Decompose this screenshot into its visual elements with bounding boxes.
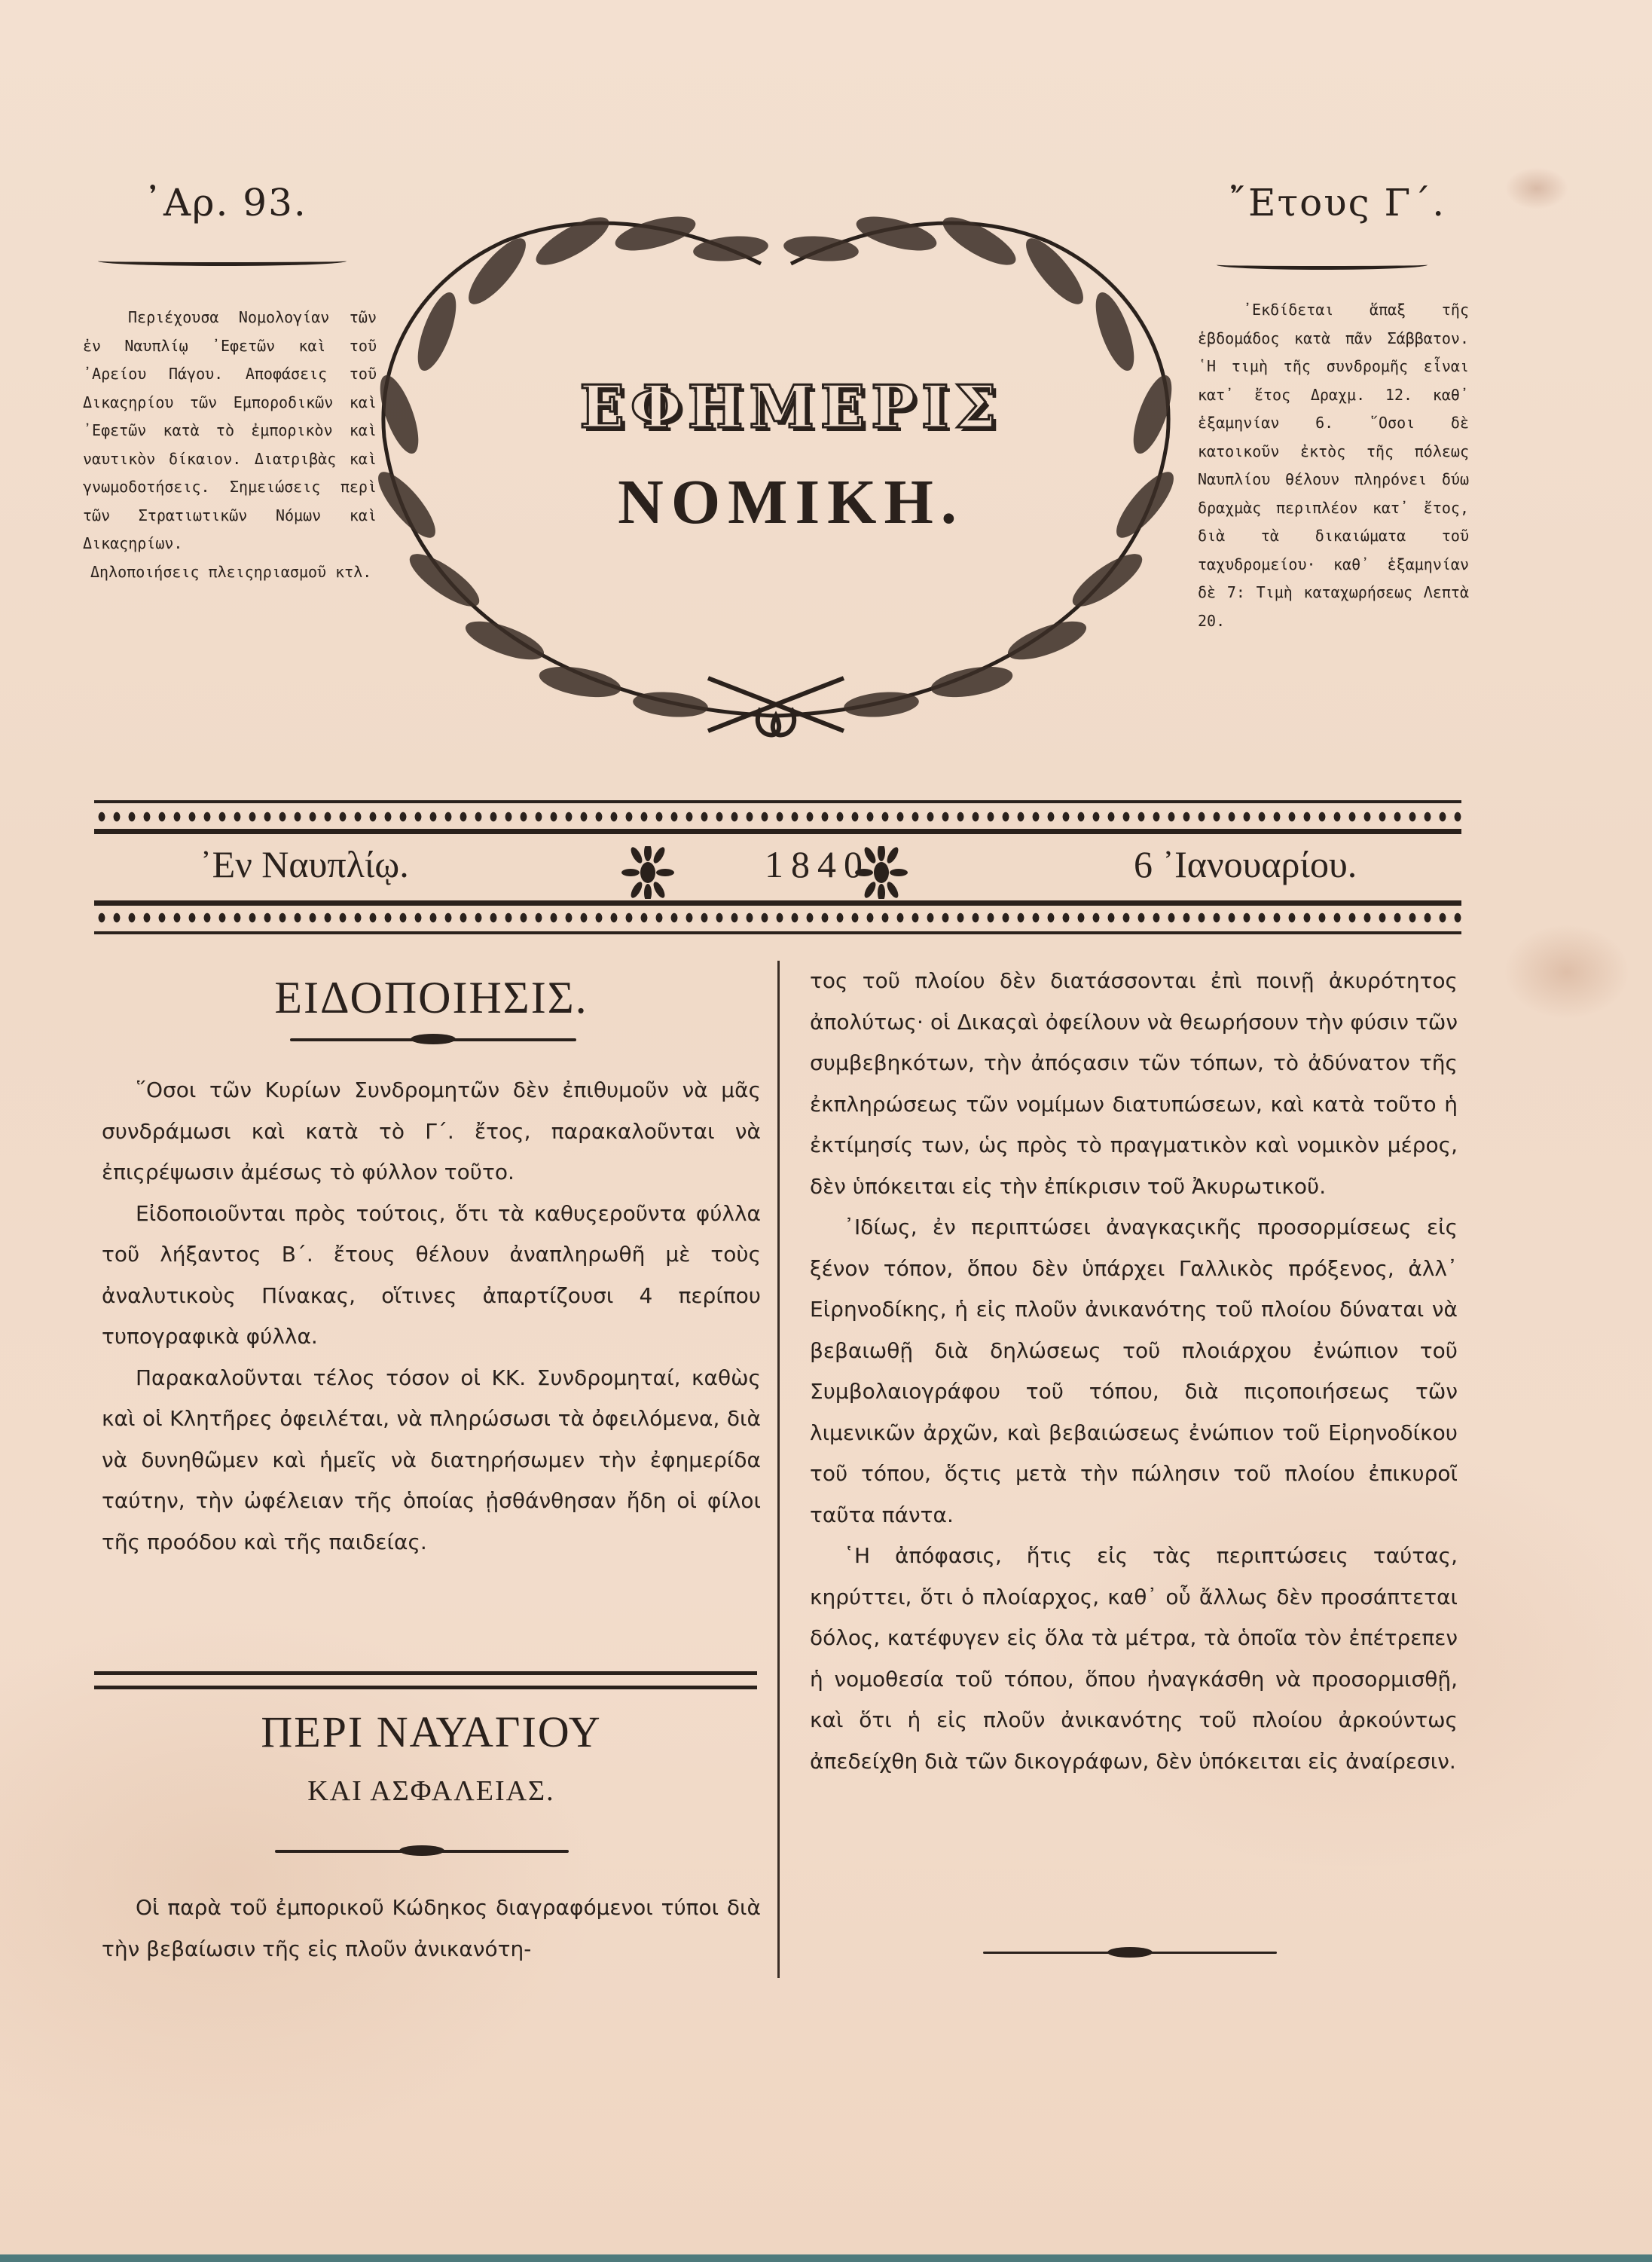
top-thick-rule	[94, 829, 1461, 834]
ornamental-rule	[290, 1038, 576, 1041]
ornamental-rule	[983, 1952, 1277, 1954]
article-heading-line-2: ΚΑΙ ΑΣΦΑΛΕΙΑΣ.	[102, 1774, 761, 1808]
dateline: ᾿Εν Ναυπλίῳ. 1840 6 ᾿Ιανουαρίου.	[94, 842, 1461, 903]
bead-border-top	[94, 809, 1461, 825]
newspaper-page: ᾿Αρ. 93. ῎Ετους Γ΄. Περιέχουσα Νομολογία…	[0, 0, 1652, 2262]
dateline-place: ᾿Εν Ναυπλίῳ.	[200, 842, 409, 886]
bead-border-bottom	[94, 909, 1461, 926]
contents-description-box: Περιέχουσα Νομολογίαν τῶν ἐν Ναυπλίῳ ᾿Εφ…	[83, 304, 377, 586]
notice-paragraph: ῞Οσοι τῶν Κυρίων Συνδρομητῶν δὲν ἐπιθυμο…	[102, 1070, 761, 1194]
article-heading-line-1: ΠΕΡΙ ΝΑΥΑΓΙΟΥ	[102, 1707, 761, 1757]
article-paragraph: τος τοῦ πλοίου δὲν διατάσσονται ἐπὶ ποιν…	[810, 961, 1458, 1207]
subscription-info-text: ᾿Εκδίδεται ἅπαξ τῆς ἑβδομάδος κατὰ πᾶν Σ…	[1198, 296, 1469, 635]
issue-number: ᾿Αρ. 93.	[143, 181, 307, 225]
contents-description-note: Δηλοποιήσεις πλειςηριασμοῦ κτλ.	[83, 558, 377, 587]
notice-heading: ΕΙΔΟΠΟΙΗΣΙΣ.	[102, 972, 761, 1024]
article-paragraph: Οἱ παρὰ τοῦ ἐμπορικοῦ Κώδηκος διαγραφόμε…	[102, 1888, 761, 1970]
article-paragraph: ῾Η ἀπόφασις, ἥτις εἰς τὰς περιπτώσεις τα…	[810, 1536, 1458, 1782]
dateline-day: 6 ᾿Ιανουαρίου.	[1134, 842, 1357, 886]
notice-paragraph: Εἰδοποιοῦνται πρὸς τούτοις, ὅτι τὰ καθυς…	[102, 1194, 761, 1358]
dateline-year: 1840	[667, 842, 968, 886]
scan-edge	[0, 2254, 1652, 2262]
article-body-left: Οἱ παρὰ τοῦ ἐμπορικοῦ Κώδηκος διαγραφόμε…	[102, 1888, 761, 1970]
notice-body: ῞Οσοι τῶν Κυρίων Συνδρομητῶν δὲν ἐπιθυμο…	[102, 1070, 761, 1563]
contents-description-text: Περιέχουσα Νομολογίαν τῶν ἐν Ναυπλίῳ ᾿Εφ…	[83, 304, 377, 558]
section-double-rule	[94, 1671, 757, 1689]
newspaper-title-line-1: ΕΦΗΜΕΡΙΣ	[557, 373, 1024, 442]
issue-underline	[98, 256, 347, 266]
article-body-right: τος τοῦ πλοίου δὲν διατάσσονται ἐπὶ ποιν…	[810, 961, 1458, 1782]
bottom-thick-rule	[94, 900, 1461, 906]
bottom-thin-rule	[94, 931, 1461, 934]
column-divider	[777, 961, 780, 1978]
year-underline	[1217, 260, 1428, 270]
top-thin-rule	[94, 800, 1461, 803]
palmette-ornament-icon	[855, 846, 908, 899]
ornamental-rule	[275, 1850, 569, 1853]
newspaper-title-line-2: ΝΟΜΙΚΗ.	[557, 466, 1024, 539]
subscription-info-box: ᾿Εκδίδεται ἅπαξ τῆς ἑβδομάδος κατὰ πᾶν Σ…	[1198, 296, 1469, 635]
article-paragraph: ᾿Ιδίως, ἐν περιπτώσει ἀναγκαςικῆς προσορ…	[810, 1207, 1458, 1536]
publication-year-label: ῎Ετους Γ΄.	[1228, 181, 1446, 225]
notice-paragraph: Παρακαλοῦνται τέλος τόσον οἱ ΚΚ. Συνδρομ…	[102, 1358, 761, 1564]
